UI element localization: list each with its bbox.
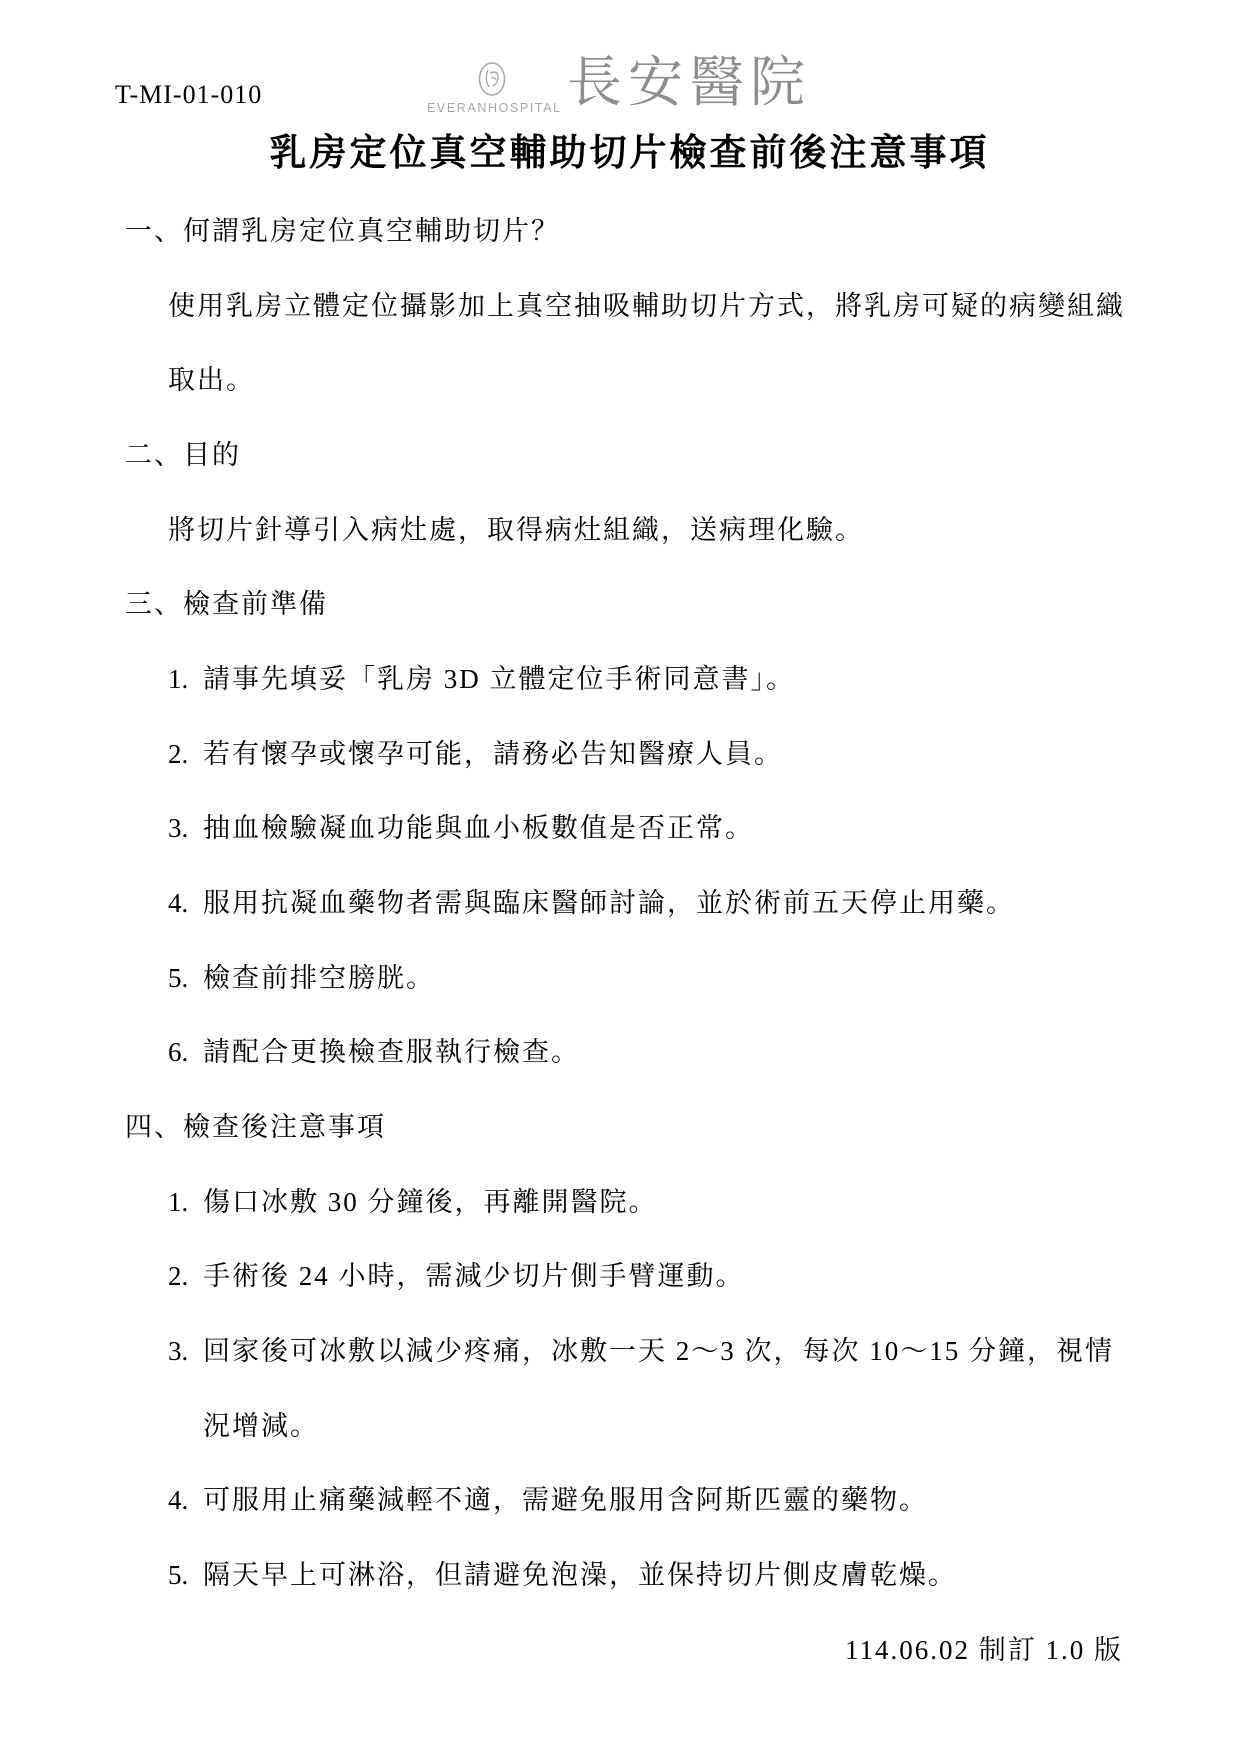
list-item-number: 3. <box>168 813 203 844</box>
list-item: 2.若有懷孕或懷孕可能，請務必告知醫療人員。 <box>0 739 1241 814</box>
list-item: 3.回家後可冰敷以減少疼痛，冰敷一天 2～3 次，每次 10～15 分鐘，視情 <box>0 1336 1241 1411</box>
list-item-number: 2. <box>168 1261 203 1292</box>
list-item: 1.傷口冰敷 30 分鐘後，再離開醫院。 <box>0 1187 1241 1262</box>
section-1-paragraph-line: 取出。 <box>0 365 1241 440</box>
hospital-name-zh: 長安醫院 <box>567 55 811 110</box>
section-2-heading: 二、目的 <box>0 440 1241 515</box>
section-4-heading: 四、檢查後注意事項 <box>0 1112 1241 1187</box>
list-item-text: 隔天早上可淋浴，但請避免泡澡，並保持切片側皮膚乾燥。 <box>203 1560 957 1590</box>
list-item-text: 傷口冰敷 30 分鐘後，再離開醫院。 <box>203 1187 658 1217</box>
list-item-number: 5. <box>168 963 203 994</box>
list-item-text: 手術後 24 小時，需減少切片側手臂運動。 <box>203 1261 745 1291</box>
list-item-text: 回家後可冰敷以減少疼痛，冰敷一天 2～3 次，每次 10～15 分鐘，視情 <box>203 1336 1114 1366</box>
list-item: 5.檢查前排空膀胱。 <box>0 963 1241 1038</box>
list-item-text: 若有懷孕或懷孕可能，請務必告知醫療人員。 <box>203 739 783 769</box>
list-item: 4.服用抗凝血藥物者需與臨床醫師討論，並於術前五天停止用藥。 <box>0 888 1241 963</box>
list-item: 2.手術後 24 小時，需減少切片側手臂運動。 <box>0 1261 1241 1336</box>
list-item-number: 2. <box>168 739 203 770</box>
list-item-number: 4. <box>168 888 203 919</box>
document-page: T-MI-01-010 EVERANHOSPITAL 長安醫院 乳房定位真空輔助… <box>0 0 1241 1755</box>
hospital-name-en: EVERANHOSPITAL <box>427 101 562 115</box>
section-1-heading: 一、何謂乳房定位真空輔助切片？ <box>0 216 1241 291</box>
list-item-text: 服用抗凝血藥物者需與臨床醫師討論，並於術前五天停止用藥。 <box>203 888 1015 918</box>
list-item-number: 6. <box>168 1037 203 1068</box>
list-item-number: 1. <box>168 1187 203 1218</box>
list-item: 5.隔天早上可淋浴，但請避免泡澡，並保持切片側皮膚乾燥。 <box>0 1560 1241 1635</box>
version-footer: 114.06.02 制訂 1.0 版 <box>0 1635 1241 1710</box>
section-1-paragraph-line: 使用乳房立體定位攝影加上真空抽吸輔助切片方式，將乳房可疑的病變組織 <box>0 291 1241 366</box>
list-item: 6.請配合更換檢查服執行檢查。 <box>0 1037 1241 1112</box>
list-item-number: 1. <box>168 664 203 695</box>
list-item: 1.請事先填妥「乳房 3D 立體定位手術同意書」。 <box>0 664 1241 739</box>
page-title: 乳房定位真空輔助切片檢查前後注意事項 <box>0 122 1241 176</box>
list-item-continuation: 況增減。 <box>0 1411 1241 1486</box>
list-item-number: 5. <box>168 1560 203 1591</box>
list-item-text: 可服用止痛藥減輕不適，需避免服用含阿斯匹靈的藥物。 <box>203 1485 928 1515</box>
hospital-emblem-icon <box>478 61 506 97</box>
list-item-text: 抽血檢驗凝血功能與血小板數值是否正常。 <box>203 813 754 843</box>
list-item: 4.可服用止痛藥減輕不適，需避免服用含阿斯匹靈的藥物。 <box>0 1485 1241 1560</box>
section-3-heading: 三、檢查前準備 <box>0 589 1241 664</box>
list-item-text: 請配合更換檢查服執行檢查。 <box>203 1037 580 1067</box>
list-item-text: 檢查前排空膀胱。 <box>203 963 435 993</box>
document-code: T-MI-01-010 <box>115 80 262 110</box>
list-item-number: 4. <box>168 1485 203 1516</box>
list-item-number: 3. <box>168 1336 203 1367</box>
list-item-text: 請事先填妥「乳房 3D 立體定位手術同意書」。 <box>203 664 795 694</box>
hospital-logo: EVERANHOSPITAL 長安醫院 <box>425 45 845 125</box>
section-2-paragraph-line: 將切片針導引入病灶處，取得病灶組織，送病理化驗。 <box>0 515 1241 590</box>
document-body: 一、何謂乳房定位真空輔助切片？ 使用乳房立體定位攝影加上真空抽吸輔助切片方式，將… <box>0 216 1241 1709</box>
list-item: 3.抽血檢驗凝血功能與血小板數值是否正常。 <box>0 813 1241 888</box>
